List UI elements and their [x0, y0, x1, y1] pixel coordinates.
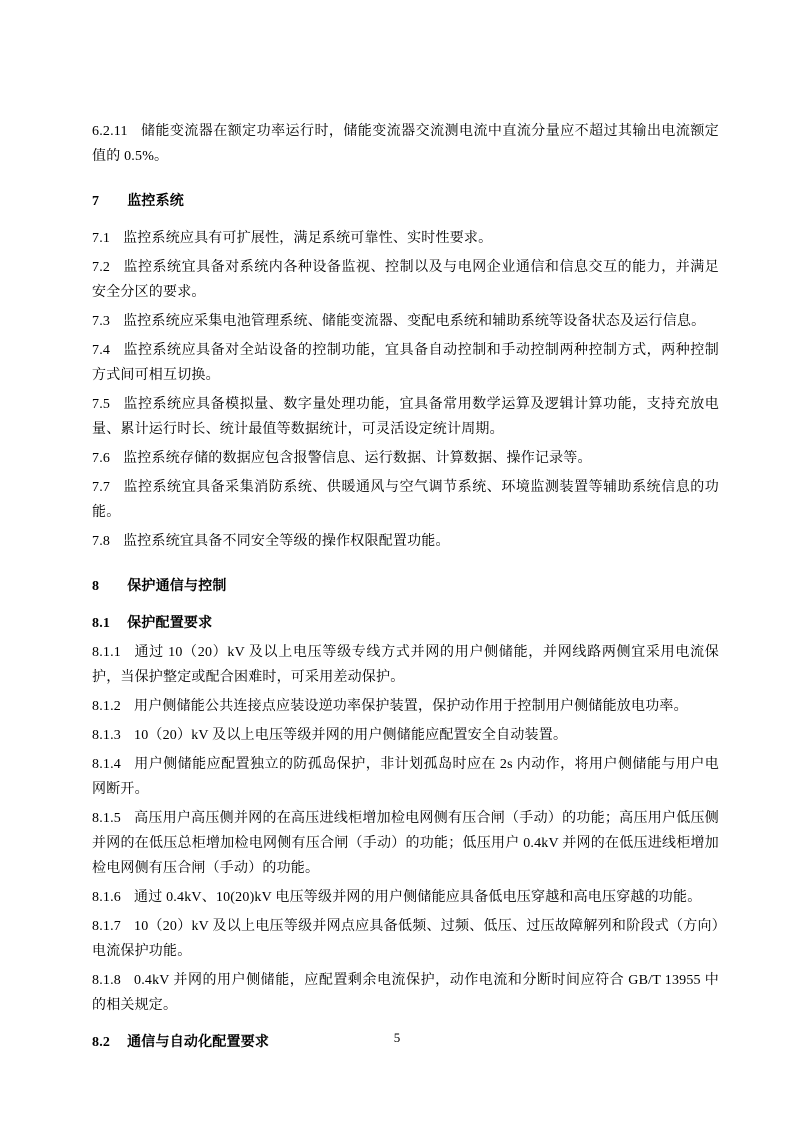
clause-text: 监控系统	[127, 194, 184, 209]
clause-text: 监控系统应具备模拟量、数字量处理功能，宜具备常用数学运算及逻辑计算功能，支持充放…	[92, 397, 719, 437]
clause-text: 监控系统宜具备不同安全等级的操作权限配置功能。	[123, 534, 450, 549]
clause-text: 监控系统应采集电池管理系统、储能变流器、变配电系统和辅助系统等设备状态及运行信息…	[123, 314, 705, 329]
clause-paragraph: 8.1.710（20）kV 及以上电压等级并网点应具备低频、过频、低压、过压故障…	[92, 914, 719, 964]
clause-paragraph: 7.5监控系统应具备模拟量、数字量处理功能，宜具备常用数学运算及逻辑计算功能，支…	[92, 392, 719, 442]
clause-number: 8	[92, 579, 99, 594]
clause-text: 用户侧储能公共连接点应装设逆功率保护装置，保护动作用于控制用户侧储能放电功率。	[134, 699, 688, 714]
clause-paragraph: 8.1.2用户侧储能公共连接点应装设逆功率保护装置，保护动作用于控制用户侧储能放…	[92, 694, 719, 719]
section-heading: 7监控系统	[92, 189, 719, 214]
clause-paragraph: 7.7监控系统宜具备采集消防系统、供暖通风与空气调节系统、环境监测装置等辅助系统…	[92, 475, 719, 525]
clause-text: 通过 0.4kV、10(20)kV 电压等级并网的用户侧储能应具备低电压穿越和高…	[134, 890, 701, 905]
clause-number: 8.1.6	[92, 890, 121, 905]
page-footer: 5	[0, 1030, 794, 1046]
clause-number: 7.4	[92, 343, 110, 358]
clause-paragraph: 7.4监控系统应具备对全站设备的控制功能，宜具备自动控制和手动控制两种控制方式，…	[92, 338, 719, 388]
clause-number: 8.1.2	[92, 699, 121, 714]
document-body: 6.2.11储能变流器在额定功率运行时，储能变流器交流测电流中直流分量应不超过其…	[92, 119, 719, 1059]
clause-text: 10（20）kV 及以上电压等级并网的用户侧储能应配置安全自动装置。	[134, 728, 567, 743]
clause-paragraph: 7.8监控系统宜具备不同安全等级的操作权限配置功能。	[92, 529, 719, 554]
section-heading: 8保护通信与控制	[92, 574, 719, 599]
clause-paragraph: 8.1.310（20）kV 及以上电压等级并网的用户侧储能应配置安全自动装置。	[92, 723, 719, 748]
clause-text: 通过 10（20）kV 及以上电压等级专线方式并网的用户侧储能，并网线路两侧宜采…	[92, 645, 719, 685]
clause-number: 7.8	[92, 534, 110, 549]
clause-number: 6.2.11	[92, 124, 128, 139]
document-page: 6.2.11储能变流器在额定功率运行时，储能变流器交流测电流中直流分量应不超过其…	[0, 0, 794, 1123]
page-number: 5	[394, 1030, 401, 1045]
clause-number: 7.7	[92, 480, 110, 495]
clause-paragraph: 7.2监控系统宜具备对系统内各种设备监视、控制以及与电网企业通信和信息交互的能力…	[92, 255, 719, 305]
clause-paragraph: 8.1.80.4kV 并网的用户侧储能，应配置剩余电流保护，动作电流和分断时间应…	[92, 968, 719, 1018]
clause-text: 高压用户高压侧并网的在高压进线柜增加检电网侧有压合闸（手动）的功能；高压用户低压…	[92, 811, 719, 876]
clause-number: 8.1.8	[92, 973, 121, 988]
clause-paragraph: 7.3监控系统应采集电池管理系统、储能变流器、变配电系统和辅助系统等设备状态及运…	[92, 309, 719, 334]
clause-paragraph: 7.1监控系统应具有可扩展性，满足系统可靠性、实时性要求。	[92, 226, 719, 251]
clause-paragraph: 8.1.5高压用户高压侧并网的在高压进线柜增加检电网侧有压合闸（手动）的功能；高…	[92, 806, 719, 881]
clause-text: 0.4kV 并网的用户侧储能，应配置剩余电流保护，动作电流和分断时间应符合 GB…	[92, 973, 719, 1013]
clause-text: 监控系统应具有可扩展性，满足系统可靠性、实时性要求。	[123, 231, 492, 246]
clause-number: 7	[92, 194, 99, 209]
clause-number: 7.2	[92, 260, 110, 275]
clause-text: 10（20）kV 及以上电压等级并网点应具备低频、过频、低压、过压故障解列和阶段…	[92, 919, 719, 959]
clause-paragraph: 8.1.1通过 10（20）kV 及以上电压等级专线方式并网的用户侧储能，并网线…	[92, 640, 719, 690]
clause-number: 8.1.3	[92, 728, 121, 743]
clause-number: 8.1.4	[92, 757, 121, 772]
clause-number: 8.1	[92, 616, 110, 631]
clause-text: 保护配置要求	[127, 616, 212, 631]
clause-text: 储能变流器在额定功率运行时，储能变流器交流测电流中直流分量应不超过其输出电流额定…	[92, 124, 719, 164]
clause-paragraph: 7.6监控系统存储的数据应包含报警信息、运行数据、计算数据、操作记录等。	[92, 446, 719, 471]
clause-text: 保护通信与控制	[127, 579, 226, 594]
section-heading: 8.1保护配置要求	[92, 611, 719, 636]
clause-number: 7.6	[92, 451, 110, 466]
clause-number: 7.3	[92, 314, 110, 329]
clause-number: 8.1.7	[92, 919, 121, 934]
clause-text: 监控系统宜具备采集消防系统、供暖通风与空气调节系统、环境监测装置等辅助系统信息的…	[92, 480, 719, 520]
clause-number: 8.1.5	[92, 811, 121, 826]
clause-text: 监控系统应具备对全站设备的控制功能，宜具备自动控制和手动控制两种控制方式，两种控…	[92, 343, 719, 383]
clause-number: 8.1.1	[92, 645, 121, 660]
clause-number: 7.5	[92, 397, 110, 412]
clause-paragraph: 6.2.11储能变流器在额定功率运行时，储能变流器交流测电流中直流分量应不超过其…	[92, 119, 719, 169]
clause-paragraph: 8.1.6通过 0.4kV、10(20)kV 电压等级并网的用户侧储能应具备低电…	[92, 885, 719, 910]
clause-text: 用户侧储能应配置独立的防孤岛保护，非计划孤岛时应在 2s 内动作，将用户侧储能与…	[92, 757, 719, 797]
clause-text: 监控系统宜具备对系统内各种设备监视、控制以及与电网企业通信和信息交互的能力，并满…	[92, 260, 719, 300]
clause-number: 7.1	[92, 231, 110, 246]
clause-paragraph: 8.1.4用户侧储能应配置独立的防孤岛保护，非计划孤岛时应在 2s 内动作，将用…	[92, 752, 719, 802]
clause-text: 监控系统存储的数据应包含报警信息、运行数据、计算数据、操作记录等。	[123, 451, 592, 466]
